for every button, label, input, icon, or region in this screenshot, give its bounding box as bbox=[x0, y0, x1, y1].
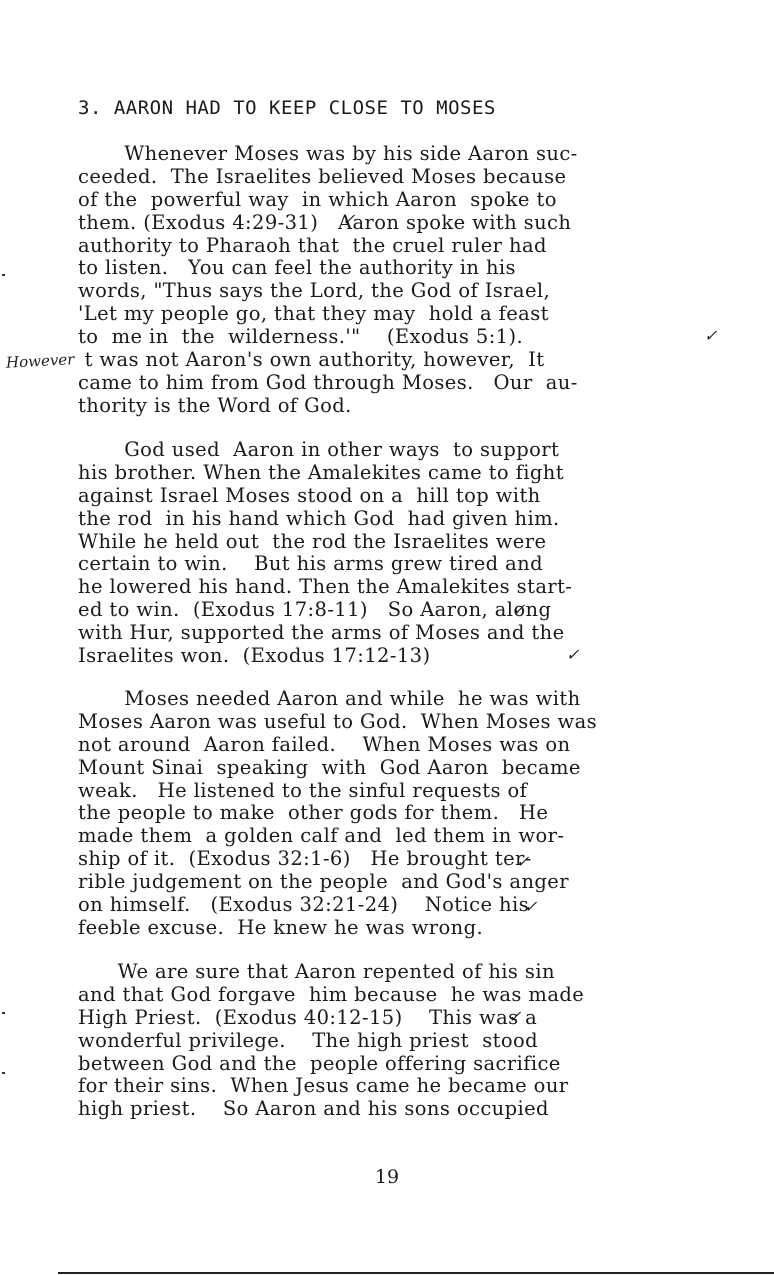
text-line: made them a golden calf and led them in … bbox=[78, 825, 718, 848]
text-line: While he held out the rod the Israelites… bbox=[78, 531, 718, 554]
text-line: them. (Exodus 4:29-31) Aaron spoke with … bbox=[78, 212, 718, 235]
text-line: and that God forgave him because he was … bbox=[78, 984, 718, 1007]
text-line: weak. He listened to the sinful requests… bbox=[78, 780, 718, 803]
text-line: 'Let my people go, that they may hold a … bbox=[78, 303, 718, 326]
text-line: not around Aaron failed. When Moses was … bbox=[78, 734, 718, 757]
bottom-rule-divider bbox=[58, 1272, 774, 1274]
text-line: ship of it. (Exodus 32:1-6) He brought t… bbox=[78, 848, 718, 871]
text-line: thority is the Word of God. bbox=[78, 395, 718, 418]
check-mark-icon: ✓ bbox=[508, 1007, 521, 1026]
text-line: We are sure that Aaron repented of his s… bbox=[78, 961, 718, 984]
text-line: to me in the wilderness.'" (Exodus 5:1). bbox=[78, 326, 718, 349]
text-line: to listen. You can feel the authority in… bbox=[78, 257, 718, 280]
text-line: high priest. So Aaron and his sons occup… bbox=[78, 1098, 718, 1121]
text-line: t was not Aaron's own authority, however… bbox=[78, 349, 718, 372]
text-line: he lowered his hand. Then the Amalekites… bbox=[78, 576, 718, 599]
edge-mark bbox=[2, 1072, 5, 1074]
text-line: wonderful privilege. The high priest sto… bbox=[78, 1030, 718, 1053]
text-line: ed to win. (Exodus 17:8-11) So Aaron, al… bbox=[78, 599, 718, 622]
section-heading: 3. AARON HAD TO KEEP CLOSE TO MOSES bbox=[78, 97, 496, 119]
paragraph-3: Moses needed Aaron and while he was with… bbox=[78, 688, 718, 940]
check-mark-icon: ✓ bbox=[566, 645, 579, 664]
paragraph-4: We are sure that Aaron repented of his s… bbox=[78, 961, 718, 1121]
text-line: with Hur, supported the arms of Moses an… bbox=[78, 622, 718, 645]
text-line: his brother. When the Amalekites came to… bbox=[78, 462, 718, 485]
text-line: of the powerful way in which Aaron spoke… bbox=[78, 189, 718, 212]
text-line: certain to win. But his arms grew tired … bbox=[78, 553, 718, 576]
check-mark-icon: ✓ bbox=[342, 210, 355, 229]
paragraph-2: God used Aaron in other ways to support … bbox=[78, 439, 718, 668]
handwritten-margin-note: However bbox=[6, 350, 75, 372]
check-mark-icon: ✓ bbox=[512, 600, 525, 619]
text-line: against Israel Moses stood on a hill top… bbox=[78, 485, 718, 508]
text-line: feeble excuse. He knew he was wrong. bbox=[78, 917, 718, 940]
edge-mark bbox=[2, 274, 5, 276]
check-mark-icon: ✓ bbox=[516, 852, 529, 871]
check-mark-icon: ✓ bbox=[524, 897, 537, 916]
text-line: Moses needed Aaron and while he was with bbox=[78, 688, 718, 711]
text-line: the rod in his hand which God had given … bbox=[78, 508, 718, 531]
text-line: Israelites won. (Exodus 17:12-13) bbox=[78, 645, 718, 668]
text-line: for their sins. When Jesus came he becam… bbox=[78, 1075, 718, 1098]
text-line: on himself. (Exodus 32:21-24) Notice his bbox=[78, 894, 718, 917]
text-line: ceeded. The Israelites believed Moses be… bbox=[78, 166, 718, 189]
text-line: Mount Sinai speaking with God Aaron beca… bbox=[78, 757, 718, 780]
text-line: words, "Thus says the Lord, the God of I… bbox=[78, 280, 718, 303]
text-line: came to him from God through Moses. Our … bbox=[78, 372, 718, 395]
edge-mark bbox=[2, 1012, 5, 1014]
text-line: the people to make other gods for them. … bbox=[78, 802, 718, 825]
check-mark-icon: ✓ bbox=[704, 326, 717, 345]
text-line: Moses Aaron was useful to God. When Mose… bbox=[78, 711, 718, 734]
text-line: rible judgement on the people and God's … bbox=[78, 871, 718, 894]
page-number: 19 bbox=[0, 1166, 774, 1188]
text-line: between God and the people offering sacr… bbox=[78, 1053, 718, 1076]
text-line: God used Aaron in other ways to support bbox=[78, 439, 718, 462]
text-line: Whenever Moses was by his side Aaron suc… bbox=[78, 143, 718, 166]
text-line: authority to Pharaoh that the cruel rule… bbox=[78, 235, 718, 258]
paragraph-1: Whenever Moses was by his side Aaron suc… bbox=[78, 143, 718, 418]
text-line: High Priest. (Exodus 40:12-15) This was … bbox=[78, 1007, 718, 1030]
